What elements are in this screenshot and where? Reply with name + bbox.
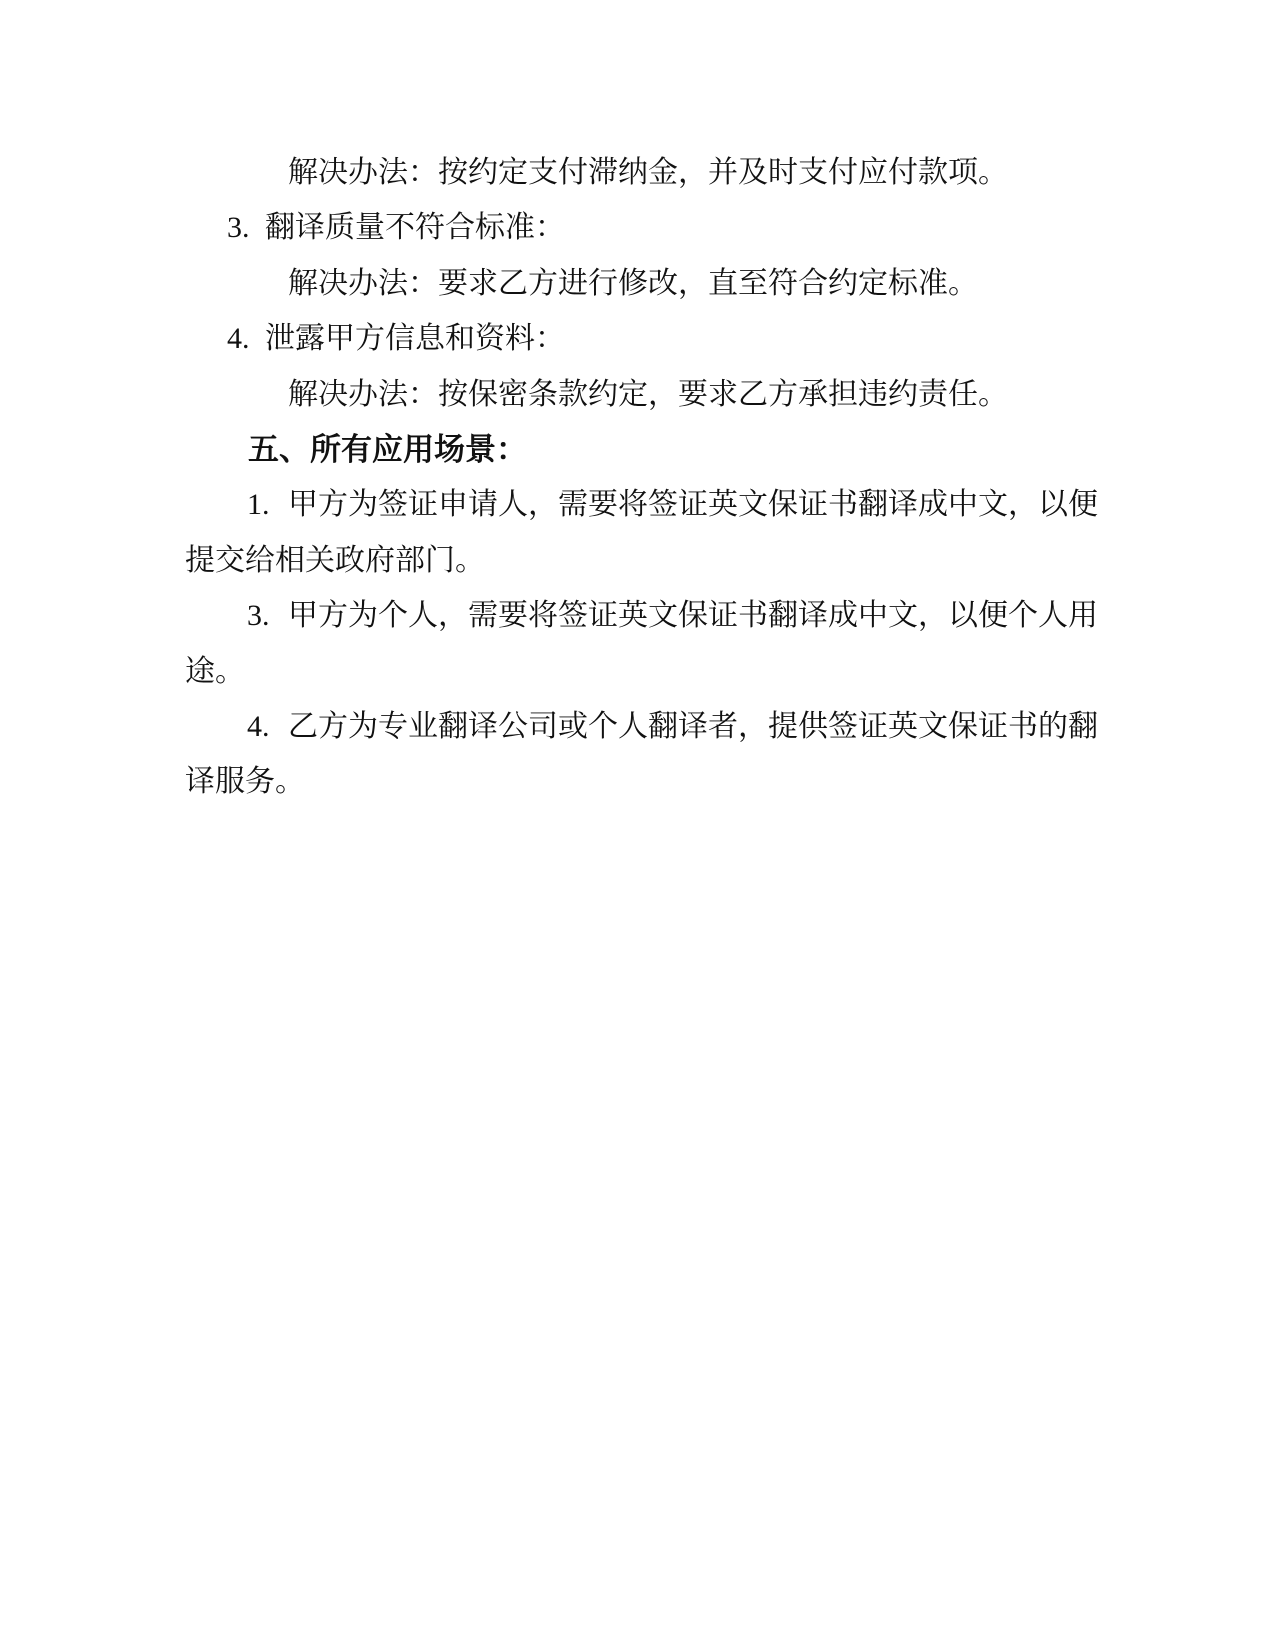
list-item-continuation: 译服务。: [185, 754, 1145, 809]
section-heading: 五、所有应用场景：: [185, 422, 1145, 477]
solution-text: 解决办法：按约定支付滞纳金，并及时支付应付款项。: [288, 156, 1008, 189]
list-item-number: 3.: [227, 200, 265, 255]
list-item: 3.甲方为个人，需要将签证英文保证书翻译成中文，以便个人用: [185, 588, 1145, 643]
document-content: 解决办法：按约定支付滞纳金，并及时支付应付款项。 3.翻译质量不符合标准： 解决…: [185, 145, 1145, 810]
list-item: 1.甲方为签证申请人，需要将签证英文保证书翻译成中文，以便: [185, 477, 1145, 532]
list-item-continuation: 提交给相关政府部门。: [185, 533, 1145, 588]
solution-line: 解决办法：按保密条款约定，要求乙方承担违约责任。: [185, 367, 1145, 422]
solution-text: 解决办法：按保密条款约定，要求乙方承担违约责任。: [288, 378, 1008, 411]
list-item-text: 甲方为签证申请人，需要将签证英文保证书翻译成中文，以便: [288, 488, 1098, 521]
solution-line: 解决办法：按约定支付滞纳金，并及时支付应付款项。: [185, 145, 1145, 200]
list-item-number: 1.: [247, 477, 288, 532]
list-item: 4.泄露甲方信息和资料：: [185, 311, 1145, 366]
list-item-number: 4.: [227, 311, 265, 366]
list-item-number: 3.: [247, 588, 288, 643]
document-page: 解决办法：按约定支付滞纳金，并及时支付应付款项。 3.翻译质量不符合标准： 解决…: [0, 0, 1275, 1650]
solution-line: 解决办法：要求乙方进行修改，直至符合约定标准。: [185, 256, 1145, 311]
list-item-continuation: 途。: [185, 644, 1145, 699]
list-item: 3.翻译质量不符合标准：: [185, 200, 1145, 255]
list-item-number: 4.: [247, 699, 288, 754]
list-item: 4.乙方为专业翻译公司或个人翻译者，提供签证英文保证书的翻: [185, 699, 1145, 754]
list-item-text: 甲方为个人，需要将签证英文保证书翻译成中文，以便个人用: [288, 599, 1098, 632]
section-heading-text: 五、所有应用场景：: [248, 432, 527, 467]
list-item-text: 翻译质量不符合标准：: [265, 211, 565, 244]
solution-text: 解决办法：要求乙方进行修改，直至符合约定标准。: [288, 267, 978, 300]
list-item-text: 乙方为专业翻译公司或个人翻译者，提供签证英文保证书的翻: [288, 710, 1098, 743]
list-item-text: 泄露甲方信息和资料：: [265, 322, 565, 355]
